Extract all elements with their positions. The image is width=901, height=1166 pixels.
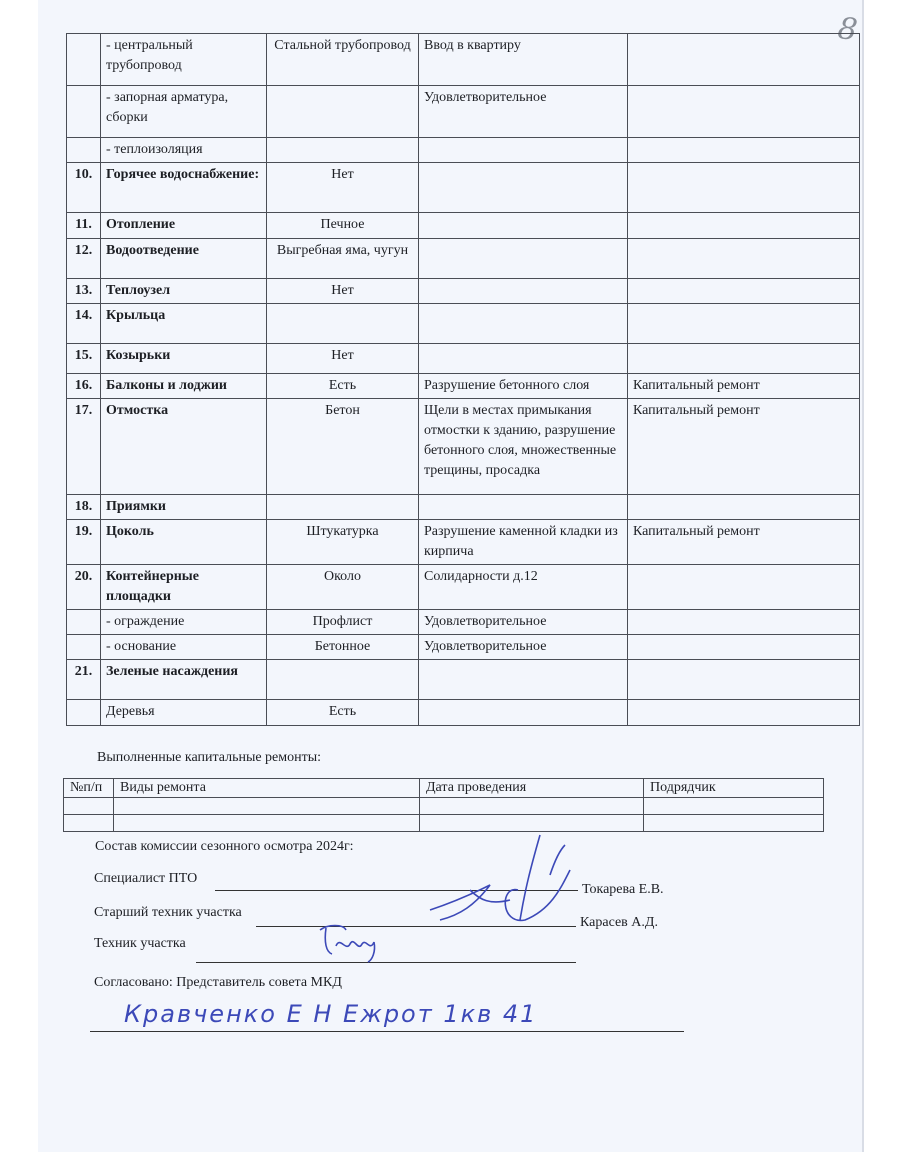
table-row: - ограждениеПрофлистУдовлетворительное [67, 610, 860, 635]
repairs-header-cell: Виды ремонта [114, 779, 420, 798]
repairs-cell [64, 798, 114, 815]
row-number [67, 138, 101, 163]
element-name: - центральный трубопровод [101, 34, 267, 86]
material-cell: Есть [267, 700, 419, 726]
element-name: Зеленые насаждения [101, 660, 267, 700]
material-cell: Выгребная яма, чугун [267, 239, 419, 279]
repairs-header-cell: Дата проведения [420, 779, 644, 798]
table-row: 10.Горячее водоснабжение:Нет [67, 163, 860, 213]
action-cell [628, 304, 860, 344]
condition-cell: Разрушение бетонного слоя [419, 374, 628, 399]
member-name-senior-tech: Карасев А.Д. [580, 915, 658, 931]
row-number: 18. [67, 495, 101, 520]
material-cell [267, 304, 419, 344]
condition-cell [419, 660, 628, 700]
signature-scribble-tech [318, 922, 388, 962]
row-number [67, 610, 101, 635]
row-number [67, 34, 101, 86]
row-number: 16. [67, 374, 101, 399]
row-number: 13. [67, 279, 101, 304]
material-cell [267, 86, 419, 138]
row-number: 21. [67, 660, 101, 700]
material-cell: Нет [267, 279, 419, 304]
condition-cell [419, 239, 628, 279]
condition-cell: Щели в местах примыкания отмостки к здан… [419, 399, 628, 495]
row-number [67, 86, 101, 138]
element-name: Отмостка [101, 399, 267, 495]
element-name: Цоколь [101, 520, 267, 565]
action-cell: Капитальный ремонт [628, 399, 860, 495]
repairs-caption: Выполненные капитальные ремонты: [97, 750, 321, 766]
action-cell [628, 565, 860, 610]
row-number: 15. [67, 344, 101, 374]
approval-label: Согласовано: Представитель совета МКД [94, 975, 342, 991]
material-cell: Печное [267, 213, 419, 239]
repairs-cell [64, 815, 114, 832]
element-name: - основание [101, 635, 267, 660]
condition-cell [419, 213, 628, 239]
material-cell: Бетонное [267, 635, 419, 660]
action-cell: Капитальный ремонт [628, 520, 860, 565]
condition-cell: Солидарности д.12 [419, 565, 628, 610]
element-name: Приямки [101, 495, 267, 520]
action-cell [628, 213, 860, 239]
action-cell [628, 34, 860, 86]
element-name: - запорная арматура, сборки [101, 86, 267, 138]
element-name: Балконы и лоджии [101, 374, 267, 399]
repairs-header-cell: Подрядчик [644, 779, 824, 798]
material-cell: Нет [267, 344, 419, 374]
action-cell [628, 344, 860, 374]
row-number: 17. [67, 399, 101, 495]
row-number: 20. [67, 565, 101, 610]
table-row: - центральный трубопроводСтальной трубоп… [67, 34, 860, 86]
condition-cell [419, 304, 628, 344]
material-cell: Около [267, 565, 419, 610]
table-row: 17.ОтмосткаБетонЩели в местах примыкания… [67, 399, 860, 495]
row-number [67, 700, 101, 726]
condition-cell: Удовлетворительное [419, 610, 628, 635]
table-row: 13.ТеплоузелНет [67, 279, 860, 304]
material-cell: Нет [267, 163, 419, 213]
action-cell [628, 635, 860, 660]
condition-cell [419, 163, 628, 213]
action-cell [628, 279, 860, 304]
condition-cell: Удовлетворительное [419, 86, 628, 138]
row-number: 12. [67, 239, 101, 279]
table-row: 19.ЦокольШтукатуркаРазрушение каменной к… [67, 520, 860, 565]
condition-cell [419, 138, 628, 163]
element-name: Деревья [101, 700, 267, 726]
action-cell [628, 660, 860, 700]
material-cell [267, 660, 419, 700]
repairs-cell [114, 798, 420, 815]
repairs-row [64, 798, 824, 815]
table-row: 14.Крыльца [67, 304, 860, 344]
row-number [67, 635, 101, 660]
action-cell [628, 610, 860, 635]
condition-cell [419, 344, 628, 374]
table-row: 18.Приямки [67, 495, 860, 520]
material-cell: Есть [267, 374, 419, 399]
repairs-table: №п/пВиды ремонтаДата проведенияПодрядчик [63, 778, 824, 832]
element-name: Горячее водоснабжение: [101, 163, 267, 213]
action-cell [628, 86, 860, 138]
table-row: - теплоизоляция [67, 138, 860, 163]
table-row: - запорная арматура, сборкиУдовлетворите… [67, 86, 860, 138]
element-name: - ограждение [101, 610, 267, 635]
material-cell [267, 138, 419, 163]
table-row: 11.ОтоплениеПечное [67, 213, 860, 239]
material-cell: Профлист [267, 610, 419, 635]
table-row: - основаниеБетонноеУдовлетворительное [67, 635, 860, 660]
repairs-row [64, 815, 824, 832]
material-cell: Стальной трубопровод [267, 34, 419, 86]
repairs-header-cell: №п/п [64, 779, 114, 798]
material-cell: Бетон [267, 399, 419, 495]
condition-cell: Ввод в квартиру [419, 34, 628, 86]
inspection-table: - центральный трубопроводСтальной трубоп… [66, 33, 860, 726]
repairs-cell [420, 798, 644, 815]
material-cell: Штукатурка [267, 520, 419, 565]
action-cell [628, 700, 860, 726]
member-role-pto: Специалист ПТО [94, 871, 197, 887]
repairs-cell [644, 815, 824, 832]
member-role-senior-tech: Старший техник участка [94, 905, 242, 921]
action-cell [628, 138, 860, 163]
material-cell [267, 495, 419, 520]
condition-cell [419, 700, 628, 726]
member-name-pto: Токарева Е.В. [582, 882, 664, 898]
commission-title: Состав комиссии сезонного осмотра 2024г: [95, 839, 354, 855]
condition-cell: Разрушение каменной кладки из кирпича [419, 520, 628, 565]
repairs-cell [644, 798, 824, 815]
row-number: 14. [67, 304, 101, 344]
action-cell: Капитальный ремонт [628, 374, 860, 399]
row-number: 10. [67, 163, 101, 213]
member-role-tech: Техник участка [94, 936, 186, 952]
action-cell [628, 239, 860, 279]
action-cell [628, 163, 860, 213]
table-row: 15.КозырькиНет [67, 344, 860, 374]
element-name: Козырьки [101, 344, 267, 374]
table-row: ДеревьяЕсть [67, 700, 860, 726]
element-name: - теплоизоляция [101, 138, 267, 163]
action-cell [628, 495, 860, 520]
condition-cell [419, 279, 628, 304]
table-row: 12.ВодоотведениеВыгребная яма, чугун [67, 239, 860, 279]
table-row: 20.Контейнерные площадкиОколоСолидарност… [67, 565, 860, 610]
approval-handwriting: Кравченко Е Н Ежрот 1кв 41 [124, 1000, 537, 1028]
signature-scribble-pto [430, 830, 580, 930]
repairs-cell [420, 815, 644, 832]
element-name: Водоотведение [101, 239, 267, 279]
element-name: Отопление [101, 213, 267, 239]
row-number: 11. [67, 213, 101, 239]
element-name: Теплоузел [101, 279, 267, 304]
table-row: 21.Зеленые насаждения [67, 660, 860, 700]
condition-cell [419, 495, 628, 520]
element-name: Контейнерные площадки [101, 565, 267, 610]
element-name: Крыльца [101, 304, 267, 344]
repairs-cell [114, 815, 420, 832]
repairs-header-row: №п/пВиды ремонтаДата проведенияПодрядчик [64, 779, 824, 798]
condition-cell: Удовлетворительное [419, 635, 628, 660]
signature-line-tech [196, 962, 576, 963]
approval-signature-line [90, 1031, 684, 1032]
table-row: 16.Балконы и лоджииЕстьРазрушение бетонн… [67, 374, 860, 399]
row-number: 19. [67, 520, 101, 565]
